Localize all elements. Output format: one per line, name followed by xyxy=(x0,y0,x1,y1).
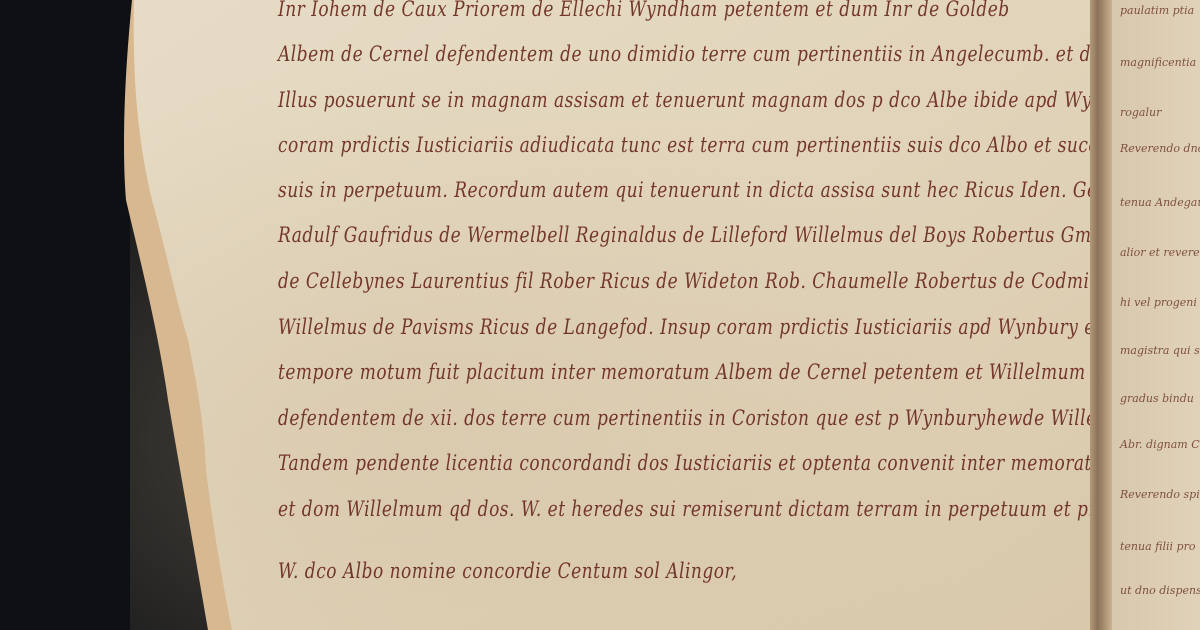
text-line: tenua filii pro xyxy=(1120,540,1195,553)
text-line: defendentem de xii. dos terre cum pertin… xyxy=(278,406,1097,431)
text-line: Reverendo spiri et dno xyxy=(1120,488,1200,501)
text-line: gradus bindu xyxy=(1120,392,1194,405)
text-line: Willelmus de Pavisms Ricus de Langefod. … xyxy=(278,315,1144,340)
text-line: Abr. dignam Confirmarum xyxy=(1120,438,1200,451)
left-page-text: Inr Iohem de Caux Priorem de Ellechi Wyn… xyxy=(278,0,1058,630)
text-line: Albem de Cernel defendentem de uno dimid… xyxy=(278,42,1111,67)
right-page: paulatim ptia magnificentia rogalur Reve… xyxy=(1112,0,1200,630)
text-line: hi vel progeni xyxy=(1120,296,1197,309)
text-line: paulatim ptia xyxy=(1120,4,1194,17)
text-line: coram prdictis Iusticiariis adiudicata t… xyxy=(278,133,1185,158)
text-line: de Cellebynes Laurentius fil Rober Ricus… xyxy=(278,269,1167,294)
text-line: tempore motum fuit placitum inter memora… xyxy=(278,360,1180,385)
text-line: alior et reverentia xyxy=(1120,246,1200,259)
text-line: et dom Willelmum qd dos. W. et heredes s… xyxy=(278,497,1200,522)
text-line: tenua Andegau xyxy=(1120,196,1200,209)
text-line: magistra qui spiritali xyxy=(1120,344,1200,357)
text-line: Radulf Gaufridus de Wermelbell Reginaldu… xyxy=(278,223,1200,248)
text-line: ut dno dispensare xyxy=(1120,584,1200,597)
book-gutter xyxy=(1090,0,1112,630)
text-line: Illus posuerunt se in magnam assisam et … xyxy=(278,88,1145,113)
text-line: W. dco Albo nomine concordie Centum sol … xyxy=(278,559,737,584)
text-line: Inr Iohem de Caux Priorem de Ellechi Wyn… xyxy=(278,0,1010,22)
text-line: Reverendo dno xyxy=(1120,142,1200,155)
text-line: magnificentia xyxy=(1120,56,1196,69)
text-line: rogalur xyxy=(1120,106,1161,119)
text-line: suis in perpetuum. Recordum autem qui te… xyxy=(278,178,1117,203)
text-line: Tandem pendente licentia concordandi dos… xyxy=(278,451,1183,476)
